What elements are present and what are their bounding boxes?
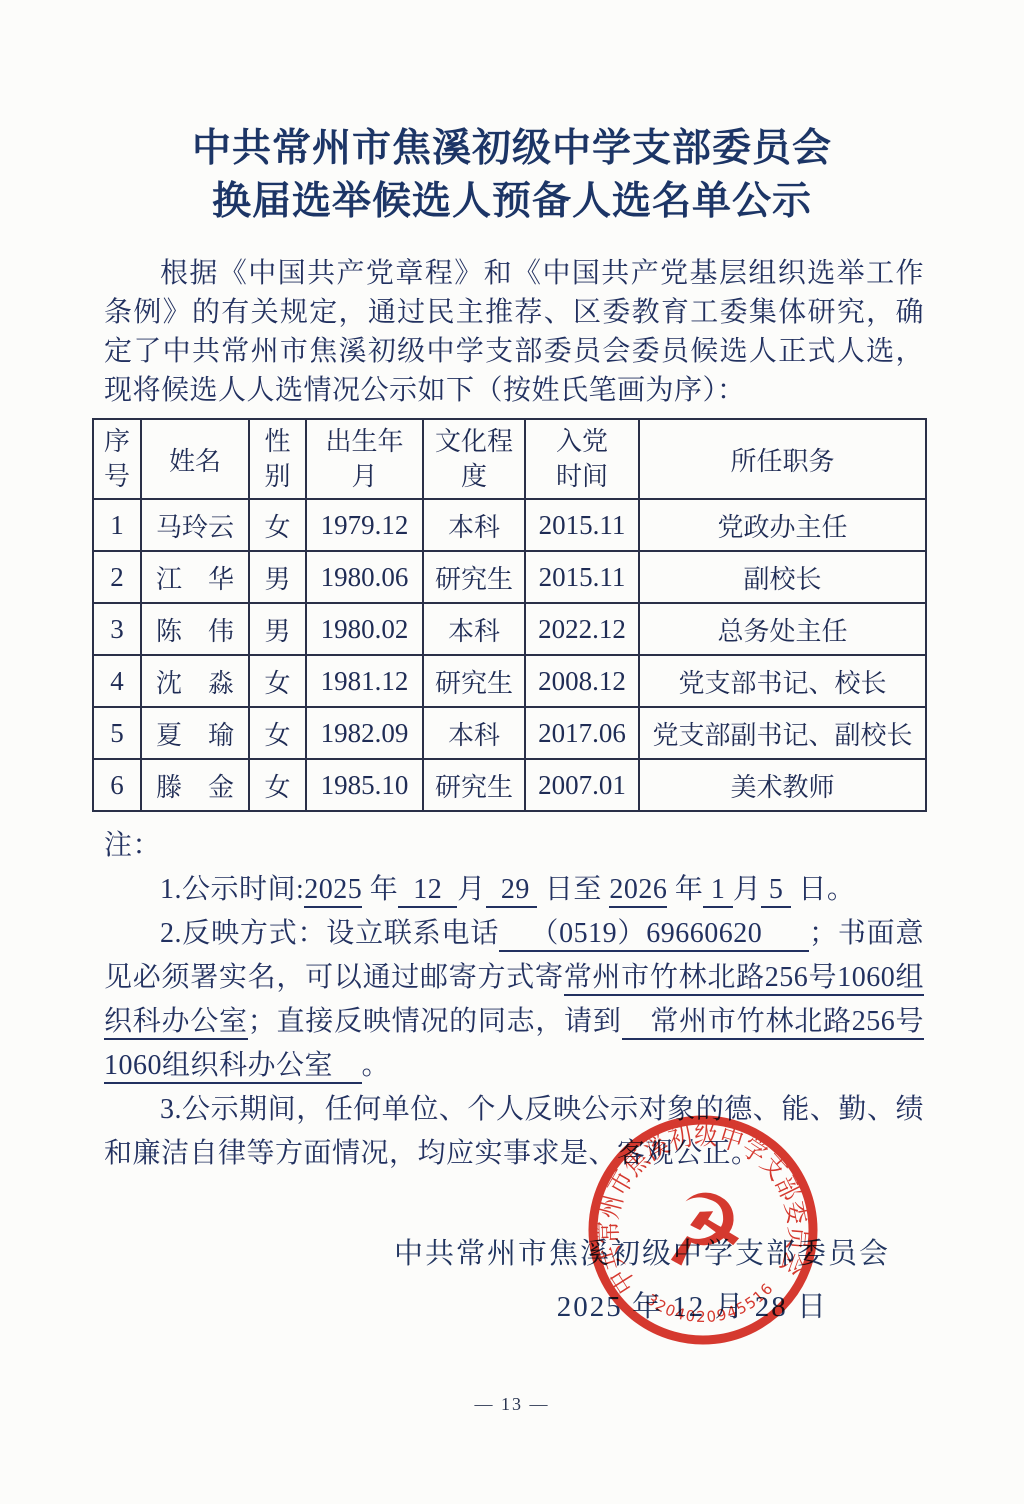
cell-gender: 男: [249, 551, 306, 603]
cell-birth: 1980.02: [306, 603, 423, 655]
table-row: 5 夏 瑜 女 1982.09 本科 2017.06 党支部副书记、副校长: [93, 707, 926, 759]
cell-position: 党支部书记、校长: [639, 655, 926, 707]
cell-birth: 1985.10: [306, 759, 423, 811]
signature-date: 2025 年 12 月 28 日: [0, 1281, 1024, 1334]
notes-section: 注： 1.公示时间:2025 年 12 月 29 日至 2026 年 1 月 5…: [104, 824, 924, 1176]
header-index: 序号: [93, 419, 141, 499]
cell-position: 总务处主任: [639, 603, 926, 655]
title-block: 中共常州市焦溪初级中学支部委员会 换届选举候选人预备人选名单公示: [0, 0, 1024, 228]
page-number: — 13 —: [0, 1394, 1024, 1415]
table-row: 6 滕 金 女 1985.10 研究生 2007.01 美术教师: [93, 759, 926, 811]
intro-paragraph: 根据《中国共产党章程》和《中国共产党基层组织选举工作条例》的有关规定，通过民主推…: [104, 254, 924, 410]
cell-name: 江 华: [141, 551, 249, 603]
cell-gender: 女: [249, 707, 306, 759]
cell-position: 副校长: [639, 551, 926, 603]
cell-gender: 女: [249, 655, 306, 707]
cell-education: 研究生: [423, 551, 525, 603]
cell-index: 1: [93, 499, 141, 551]
cell-gender: 女: [249, 759, 306, 811]
table-row: 2 江 华 男 1980.06 研究生 2015.11 副校长: [93, 551, 926, 603]
cell-name: 滕 金: [141, 759, 249, 811]
cell-party-join: 2008.12: [525, 655, 639, 707]
cell-name: 马玲云: [141, 499, 249, 551]
candidates-table: 序号 姓名 性别 出生年月 文化程度 入党时间 所任职务 1 马玲云 女 197…: [92, 418, 927, 812]
cell-name: 夏 瑜: [141, 707, 249, 759]
cell-name: 陈 伟: [141, 603, 249, 655]
notes-label: 注：: [104, 824, 924, 868]
cell-name: 沈 淼: [141, 655, 249, 707]
note-item-3: 3.公示期间，任何单位、个人反映公示对象的德、能、勤、绩和廉洁自律等方面情况，均…: [104, 1088, 924, 1176]
cell-birth: 1981.12: [306, 655, 423, 707]
cell-birth: 1980.06: [306, 551, 423, 603]
signature-block: 中共常州市焦溪初级中学支部委员会 2025 年 12 月 28 日: [0, 1228, 1024, 1334]
table-row: 4 沈 淼 女 1981.12 研究生 2008.12 党支部书记、校长: [93, 655, 926, 707]
cell-party-join: 2015.11: [525, 499, 639, 551]
cell-index: 6: [93, 759, 141, 811]
table-row: 1 马玲云 女 1979.12 本科 2015.11 党政办主任: [93, 499, 926, 551]
cell-position: 党政办主任: [639, 499, 926, 551]
signature-org: 中共常州市焦溪初级中学支部委员会: [0, 1228, 1024, 1281]
cell-birth: 1982.09: [306, 707, 423, 759]
header-name: 姓名: [141, 419, 249, 499]
cell-education: 研究生: [423, 759, 525, 811]
cell-party-join: 2022.12: [525, 603, 639, 655]
cell-index: 2: [93, 551, 141, 603]
cell-gender: 女: [249, 499, 306, 551]
cell-education: 研究生: [423, 655, 525, 707]
cell-position: 美术教师: [639, 759, 926, 811]
cell-party-join: 2015.11: [525, 551, 639, 603]
cell-index: 3: [93, 603, 141, 655]
cell-education: 本科: [423, 707, 525, 759]
cell-education: 本科: [423, 499, 525, 551]
header-party-join: 入党时间: [525, 419, 639, 499]
header-position: 所任职务: [639, 419, 926, 499]
cell-party-join: 2017.06: [525, 707, 639, 759]
cell-education: 本科: [423, 603, 525, 655]
document-page: 中共常州市焦溪初级中学支部委员会 换届选举候选人预备人选名单公示 根据《中国共产…: [0, 0, 1024, 1504]
note-item-1: 1.公示时间:2025 年 12 月 29 日至 2026 年 1 月 5 日。: [104, 868, 924, 912]
table-header-row: 序号 姓名 性别 出生年月 文化程度 入党时间 所任职务: [93, 419, 926, 499]
document-title-line1: 中共常州市焦溪初级中学支部委员会: [0, 122, 1024, 175]
cell-party-join: 2007.01: [525, 759, 639, 811]
cell-index: 5: [93, 707, 141, 759]
header-birth: 出生年月: [306, 419, 423, 499]
document-title-line2: 换届选举候选人预备人选名单公示: [0, 175, 1024, 228]
table-row: 3 陈 伟 男 1980.02 本科 2022.12 总务处主任: [93, 603, 926, 655]
cell-position: 党支部副书记、副校长: [639, 707, 926, 759]
header-education: 文化程度: [423, 419, 525, 499]
cell-index: 4: [93, 655, 141, 707]
cell-birth: 1979.12: [306, 499, 423, 551]
cell-gender: 男: [249, 603, 306, 655]
note-item-2: 2.反映方式：设立联系电话 （0519）69660620 ；书面意见必须署实名，…: [104, 912, 924, 1088]
header-gender: 性别: [249, 419, 306, 499]
